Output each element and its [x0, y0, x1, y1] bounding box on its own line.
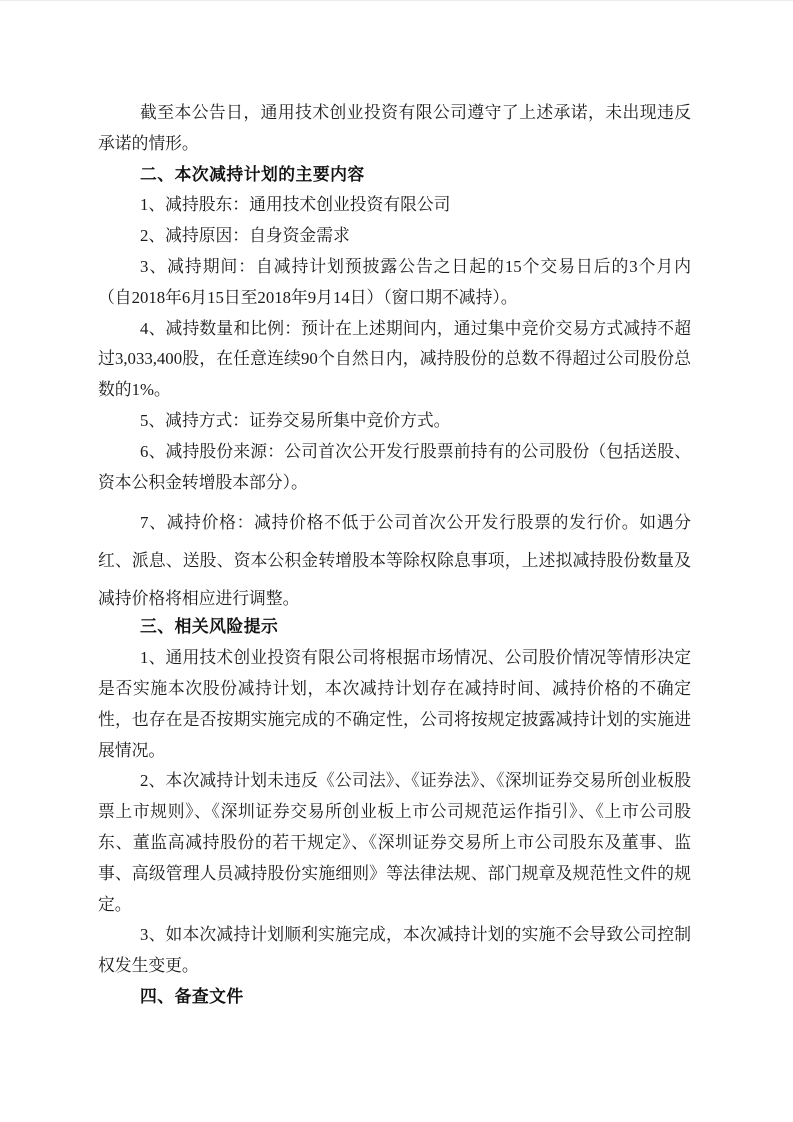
list-item-5-reduction-method: 5、减持方式：证券交易所集中竞价方式。: [98, 406, 691, 437]
heading-section-2-reduction-plan: 二、本次减持计划的主要内容: [98, 160, 691, 191]
risk-item-3-control-change: 3、如本次减持计划顺利实施完成，本次减持计划的实施不会导致公司控制权发生变更。: [98, 920, 691, 982]
list-item-6-share-source: 6、减持股份来源：公司首次公开发行股票前持有的公司股份（包括送股、资本公积金转增…: [98, 437, 691, 499]
paragraph-commitment-compliance: 截至本公告日，通用技术创业投资有限公司遵守了上述承诺，未出现违反承诺的情形。: [98, 98, 691, 160]
document-page: 截至本公告日，通用技术创业投资有限公司遵守了上述承诺，未出现违反承诺的情形。 二…: [0, 0, 793, 1122]
heading-section-3-risk-notice: 三、相关风险提示: [98, 612, 691, 643]
heading-section-4-reference-documents: 四、备查文件: [98, 982, 691, 1013]
list-item-3-reduction-period: 3、减持期间：自减持计划预披露公告之日起的15个交易日后的3个月内（自2018年…: [98, 252, 691, 314]
list-item-2-reduction-reason: 2、减持原因：自身资金需求: [98, 221, 691, 252]
list-item-1-reduction-shareholder: 1、减持股东：通用技术创业投资有限公司: [98, 190, 691, 221]
list-item-4-quantity-and-ratio: 4、减持数量和比例：预计在上述期间内，通过集中竞价交易方式减持不超过3,033,…: [98, 314, 691, 406]
risk-item-1-uncertainty: 1、通用技术创业投资有限公司将根据市场情况、公司股价情况等情形决定是否实施本次股…: [98, 643, 691, 766]
risk-item-2-regulation-compliance: 2、本次减持计划未违反《公司法》、《证券法》、《深圳证券交易所创业板股票上市规则…: [98, 766, 691, 920]
list-item-7-reduction-price: 7、减持价格：减持价格不低于公司首次公开发行股票的发行价。如遇分红、派息、送股、…: [98, 504, 691, 618]
